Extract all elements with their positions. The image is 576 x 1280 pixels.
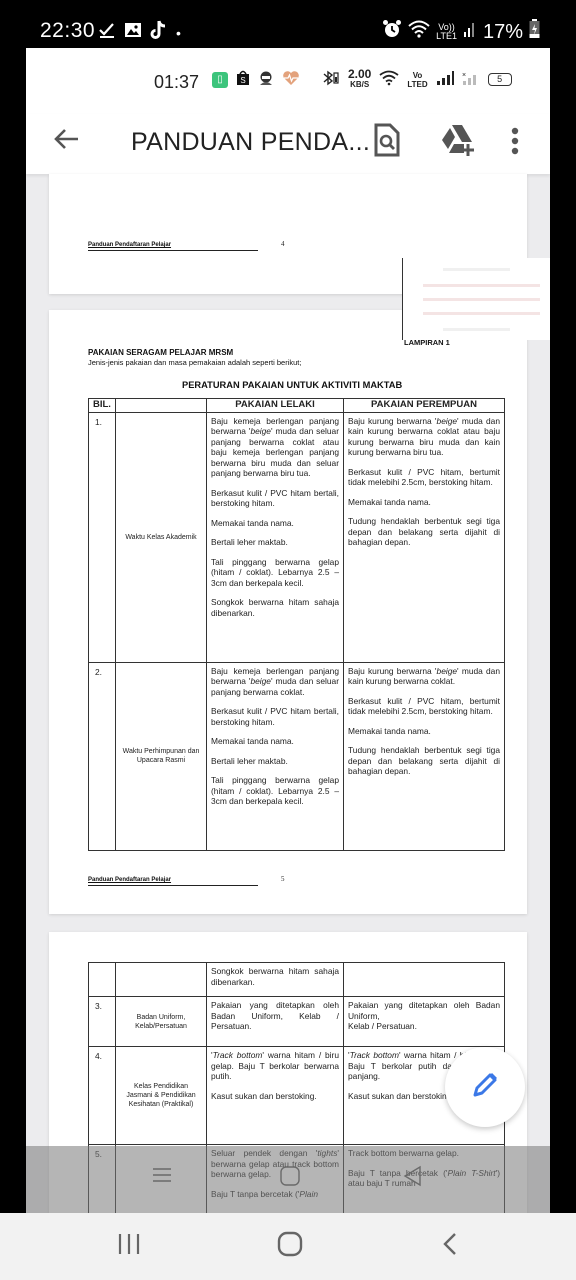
status-time: 22:30 <box>40 19 95 43</box>
male-attire-line: 'Track bottom' warna hitam / biru gelap.… <box>211 1050 339 1082</box>
wifi-icon <box>408 20 430 44</box>
dot-icon: • <box>176 25 181 41</box>
female-attire-line: Berkasut kulit / PVC hitam, bertumit tid… <box>348 696 500 717</box>
header-female: PAKAIAN PEREMPUAN <box>344 399 505 413</box>
volte-lte1-icon: Vo)) LTE1 <box>436 23 457 41</box>
tiktok-icon <box>150 20 168 45</box>
table-row: 1.Waktu Kelas AkademikBaju kemeja berlen… <box>89 412 505 662</box>
male-attire-line: Tali pinggang berwarna gelap (hitam / co… <box>211 557 339 589</box>
row-category: Badan Uniform, Kelab/Persatuan <box>116 997 207 1047</box>
male-attire-line: Pakaian yang ditetapkan oleh Badan Unifo… <box>211 1000 339 1032</box>
uniform-table: BIL. PAKAIAN LELAKI PAKAIAN PEREMPUAN 1.… <box>88 398 505 851</box>
page-footer-text: Panduan Pendaftaran Pelajar <box>88 877 171 883</box>
battery-charging-icon <box>529 19 540 45</box>
volte-icon: Vo LTED <box>407 71 427 89</box>
table-row: 4.Kelas Pendidikan Jasmani & Pendidikan … <box>89 1047 505 1145</box>
row-male-attire: Songkok berwarna hitam sahaja dibenarkan… <box>207 963 344 997</box>
male-attire-line: Berkasut kulit / PVC hitam bertali, bers… <box>211 706 339 727</box>
row-male-attire: Baju kemeja berlengan panjang berwarna '… <box>207 662 344 850</box>
row-number: 2. <box>89 662 116 850</box>
header-bil: BIL. <box>89 399 116 413</box>
male-attire-line: Memakai tanda nama. <box>211 518 339 529</box>
home-icon[interactable] <box>277 1231 303 1264</box>
row-number: 1. <box>89 412 116 662</box>
download-done-icon <box>98 21 116 44</box>
male-attire-line: Bertali leher maktab. <box>211 537 339 548</box>
female-attire-line: Memakai tanda nama. <box>348 726 500 737</box>
female-attire-line: Baju kurung berwarna 'beige' muda dan ka… <box>348 666 500 687</box>
back-triangle-icon <box>402 1165 422 1193</box>
row-category: Kelas Pendidikan Jasmani & Pendidikan Ke… <box>116 1047 207 1145</box>
page-footer-text: Panduan Pendaftaran Pelajar <box>88 242 171 248</box>
svg-text:S: S <box>240 76 245 85</box>
home-square-icon <box>279 1165 301 1193</box>
male-attire-line: Songkok berwarna hitam sahaja dibenarkan… <box>211 966 339 987</box>
row-number: 4. <box>89 1047 116 1145</box>
female-attire-line: Tudung hendaklah berbentuk segi tiga dep… <box>348 745 500 777</box>
table-row: 2.Waktu Perhimpunan dan Upacara RasmiBaj… <box>89 662 505 850</box>
more-vert-icon[interactable] <box>510 126 520 161</box>
row-number: 3. <box>89 997 116 1047</box>
female-attire-line: Baju kurung berwarna 'beige' muda dan ka… <box>348 416 500 458</box>
female-attire-line: Tudung hendaklah berbentuk segi tiga dep… <box>348 516 500 548</box>
male-attire-line: Tali pinggang berwarna gelap (hitam / co… <box>211 775 339 807</box>
svg-text:×: × <box>462 72 466 79</box>
row-female-attire: Pakaian yang ditetapkan oleh Badan Unifo… <box>344 997 505 1047</box>
row-category <box>116 963 207 997</box>
row-category: Waktu Perhimpunan dan Upacara Rasmi <box>116 662 207 850</box>
battery-icon: 5 <box>488 73 512 86</box>
male-attire-line: Bertali leher maktab. <box>211 756 339 767</box>
doc-subheading: Jenis-jenis pakaian dan masa pemakaian a… <box>88 358 301 367</box>
page-number: 4 <box>281 240 285 248</box>
page-number: 5 <box>281 875 285 883</box>
battery-percent: 17% <box>483 21 523 44</box>
inner-status-time: 01:37 <box>154 72 199 93</box>
row-male-attire: Pakaian yang ditetapkan oleh Badan Unifo… <box>207 997 344 1047</box>
menu-icon <box>152 1165 172 1191</box>
faded-overlay-box <box>402 258 550 340</box>
male-attire-line: Kasut sukan dan berstoking. <box>211 1091 339 1102</box>
system-nav-bar <box>0 1213 576 1280</box>
gallery-icon <box>124 21 142 44</box>
edit-fab-button[interactable] <box>445 1047 525 1127</box>
header-category <box>116 399 207 413</box>
edit-pencil-icon <box>470 1070 500 1105</box>
add-to-drive-icon[interactable] <box>440 122 476 163</box>
pdf-page-5: LAMPIRAN 1 PAKAIAN SERAGAM PELAJAR MRSM … <box>49 310 527 914</box>
doc-heading: PAKAIAN SERAGAM PELAJAR MRSM <box>88 348 233 357</box>
male-attire-line: Songkok berwarna hitam sahaja dibenarkan… <box>211 597 339 618</box>
inner-status-bar: 01:37 ▯ S 2.00 KB/S Vo <box>26 48 550 114</box>
table-row: 3.Badan Uniform, Kelab/PersatuanPakaian … <box>89 997 505 1047</box>
alarm-icon <box>382 19 402 45</box>
app-toolbar: PANDUAN PENDA... <box>26 114 550 174</box>
arrow-left-icon[interactable] <box>52 124 82 162</box>
male-attire-line: Memakai tanda nama. <box>211 736 339 747</box>
female-attire-line: Pakaian yang ditetapkan oleh Badan Unifo… <box>348 1000 500 1032</box>
female-attire-line: Memakai tanda nama. <box>348 497 500 508</box>
row-female-attire: Baju kurung berwarna 'beige' muda dan ka… <box>344 412 505 662</box>
no-signal-icon: × <box>462 71 480 88</box>
signal-icon <box>436 71 454 88</box>
row-female-attire: Baju kurung berwarna 'beige' muda dan ka… <box>344 662 505 850</box>
row-category: Waktu Kelas Akademik <box>116 412 207 662</box>
row-male-attire: Baju kemeja berlengan panjang berwarna '… <box>207 412 344 662</box>
recent-apps-icon[interactable] <box>117 1231 141 1264</box>
find-in-document-icon[interactable] <box>372 122 402 163</box>
female-attire-line: Berkasut kulit / PVC hitam, bertumit tid… <box>348 467 500 488</box>
header-male: PAKAIAN LELAKI <box>207 399 344 413</box>
network-speed: 2.00 KB/S <box>348 70 371 89</box>
male-attire-line: Baju kemeja berlengan panjang berwarna '… <box>211 416 339 479</box>
male-attire-line: Baju kemeja berlengan panjang berwarna '… <box>211 666 339 698</box>
male-attire-line: Berkasut kulit / PVC hitam bertali, bers… <box>211 488 339 509</box>
wifi-icon <box>379 70 399 89</box>
screenshot-frame: 01:37 ▯ S 2.00 KB/S Vo <box>26 48 550 1213</box>
signal-icon <box>463 20 477 44</box>
row-number <box>89 963 116 997</box>
shopee-icon: S <box>236 70 250 89</box>
outer-status-bar: 22:30 • Vo)) LTE1 17% <box>0 0 576 48</box>
row-male-attire: 'Track bottom' warna hitam / biru gelap.… <box>207 1047 344 1145</box>
back-icon[interactable] <box>442 1231 458 1264</box>
row-female-attire <box>344 963 505 997</box>
document-title: PANDUAN PENDA... <box>131 128 370 157</box>
bluetooth-icon <box>322 70 340 89</box>
battery-saver-icon: ▯ <box>212 72 228 88</box>
heart-rate-icon <box>282 70 300 89</box>
table-title: PERATURAN PAKAIAN UNTUK AKTIVITI MAKTAB <box>182 380 402 390</box>
avatar-icon <box>258 70 274 89</box>
table-row: Songkok berwarna hitam sahaja dibenarkan… <box>89 963 505 997</box>
